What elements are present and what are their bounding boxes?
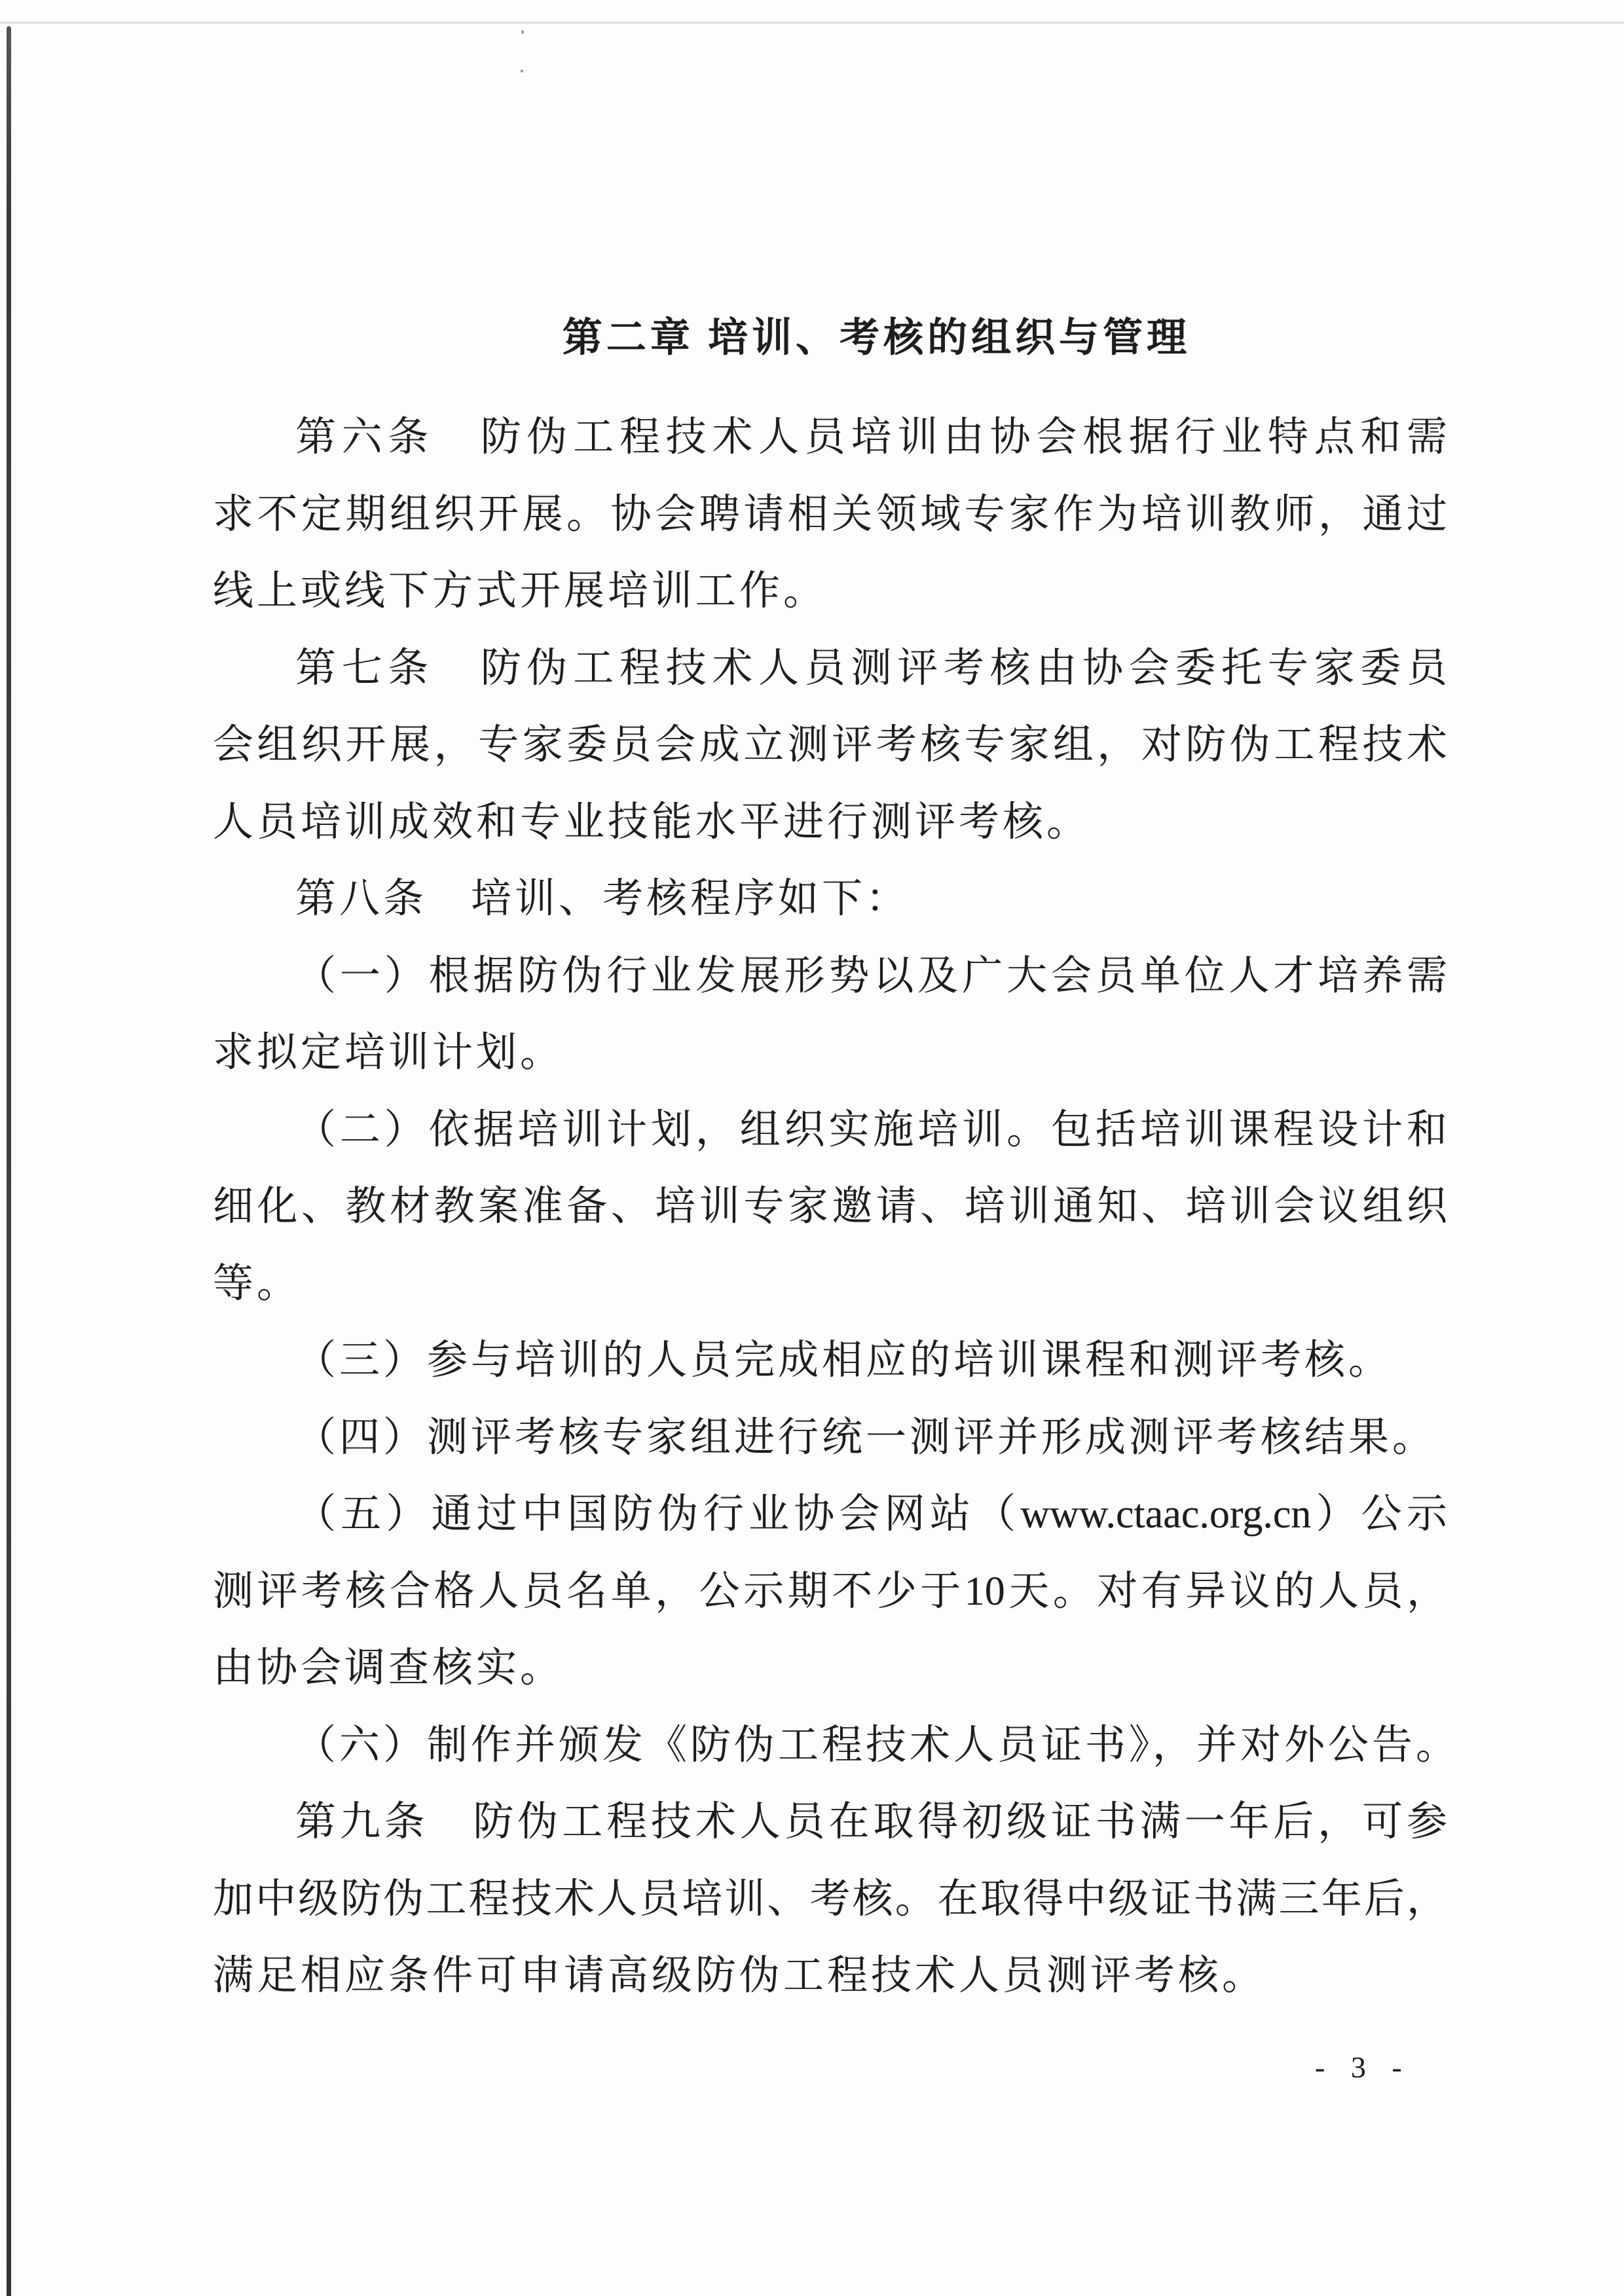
body-line: 由协会调查核实。	[213, 1630, 1447, 1707]
body-line: 求拟定培训计划。	[213, 1015, 1447, 1092]
body-line: 测评考核合格人员名单，公示期不少于10天。对有异议的人员，	[213, 1554, 1447, 1631]
body-line: 加中级防伪工程技术人员培训、考核。在取得中级证书满三年后，	[213, 1861, 1447, 1939]
body-line: （三）参与培训的人员完成相应的培训课程和测评考核。	[213, 1322, 1447, 1400]
body-line: 第七条 防伪工程技术人员测评考核由协会委托专家委员	[213, 630, 1447, 708]
scan-speck	[521, 69, 523, 73]
body-line: （二）依据培训计划，组织实施培训。包括培训课程设计和	[213, 1092, 1447, 1169]
body-line: （一）根据防伪行业发展形势以及广大会员单位人才培养需	[213, 938, 1447, 1015]
body-line: （五）通过中国防伪行业协会网站（www.ctaac.org.cn）公示	[213, 1476, 1447, 1554]
body-line: 满足相应条件可申请高级防伪工程技术人员测评考核。	[213, 1938, 1447, 2015]
body-line: 第八条 培训、考核程序如下：	[213, 861, 1447, 938]
body-line: 第九条 防伪工程技术人员在取得初级证书满一年后，可参	[213, 1784, 1447, 1861]
body-line: 线上或线下方式开展培训工作。	[213, 553, 1447, 630]
scanner-top-edge-artifact	[0, 22, 1624, 24]
page-number: - 3 -	[1315, 2048, 1411, 2087]
body-line: 会组织开展，专家委员会成立测评考核专家组，对防伪工程技术	[213, 707, 1447, 784]
body-line: 第六条 防伪工程技术人员培训由协会根据行业特点和需	[213, 399, 1447, 477]
scan-speck	[521, 30, 524, 34]
body-line: 细化、教材教案准备、培训专家邀请、培训通知、培训会议组织	[213, 1169, 1447, 1246]
chapter-title: 第二章 培训、考核的组织与管理	[259, 309, 1494, 368]
body-line: 人员培训成效和专业技能水平进行测评考核。	[213, 784, 1447, 862]
body-line: （六）制作并颁发《防伪工程技术人员证书》，并对外公告。	[213, 1707, 1447, 1785]
scanned-document-page: 第二章 培训、考核的组织与管理 第六条 防伪工程技术人员培训由协会根据行业特点和…	[0, 0, 1624, 2296]
body-line: 求不定期组织开展。协会聘请相关领域专家作为培训教师，通过	[213, 477, 1447, 554]
document-body: 第六条 防伪工程技术人员培训由协会根据行业特点和需 求不定期组织开展。协会聘请相…	[213, 399, 1447, 2015]
scanner-edge-artifact	[7, 26, 11, 2296]
body-line: （四）测评考核专家组进行统一测评并形成测评考核结果。	[213, 1400, 1447, 1477]
body-line: 等。	[213, 1246, 1447, 1323]
